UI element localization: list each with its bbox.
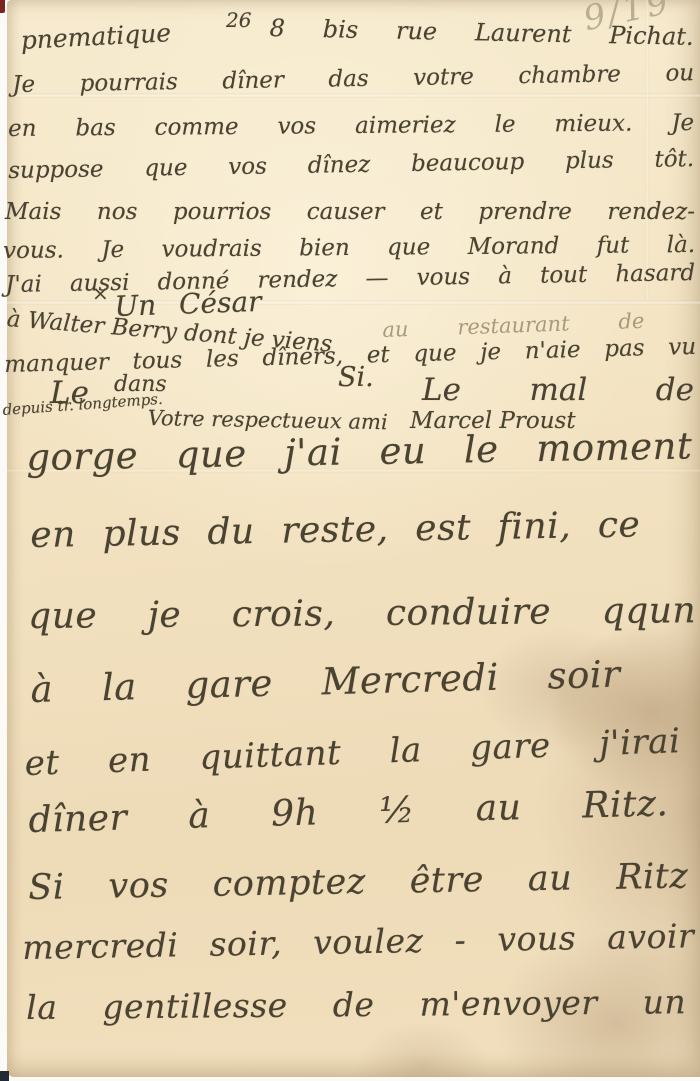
corner-mark-red <box>0 0 5 13</box>
corner-mark-dark <box>0 1071 9 1081</box>
superscript-date: 26 <box>226 8 251 32</box>
letter-scan: { "meta": { "kind": "scanned handwritten… <box>0 0 700 1081</box>
fragment-si: Si. <box>338 362 374 393</box>
fragment-le-mal-de: Le mal de <box>422 372 694 408</box>
insert-caret-mark: × <box>92 281 109 305</box>
handwriting-line: que je crois, conduire qqun <box>28 590 696 637</box>
handwriting-line: Mais nos pourrios causer et prendre rend… <box>5 199 695 225</box>
handwriting-line: la gentillesse de m'envoyer un <box>26 982 686 1027</box>
